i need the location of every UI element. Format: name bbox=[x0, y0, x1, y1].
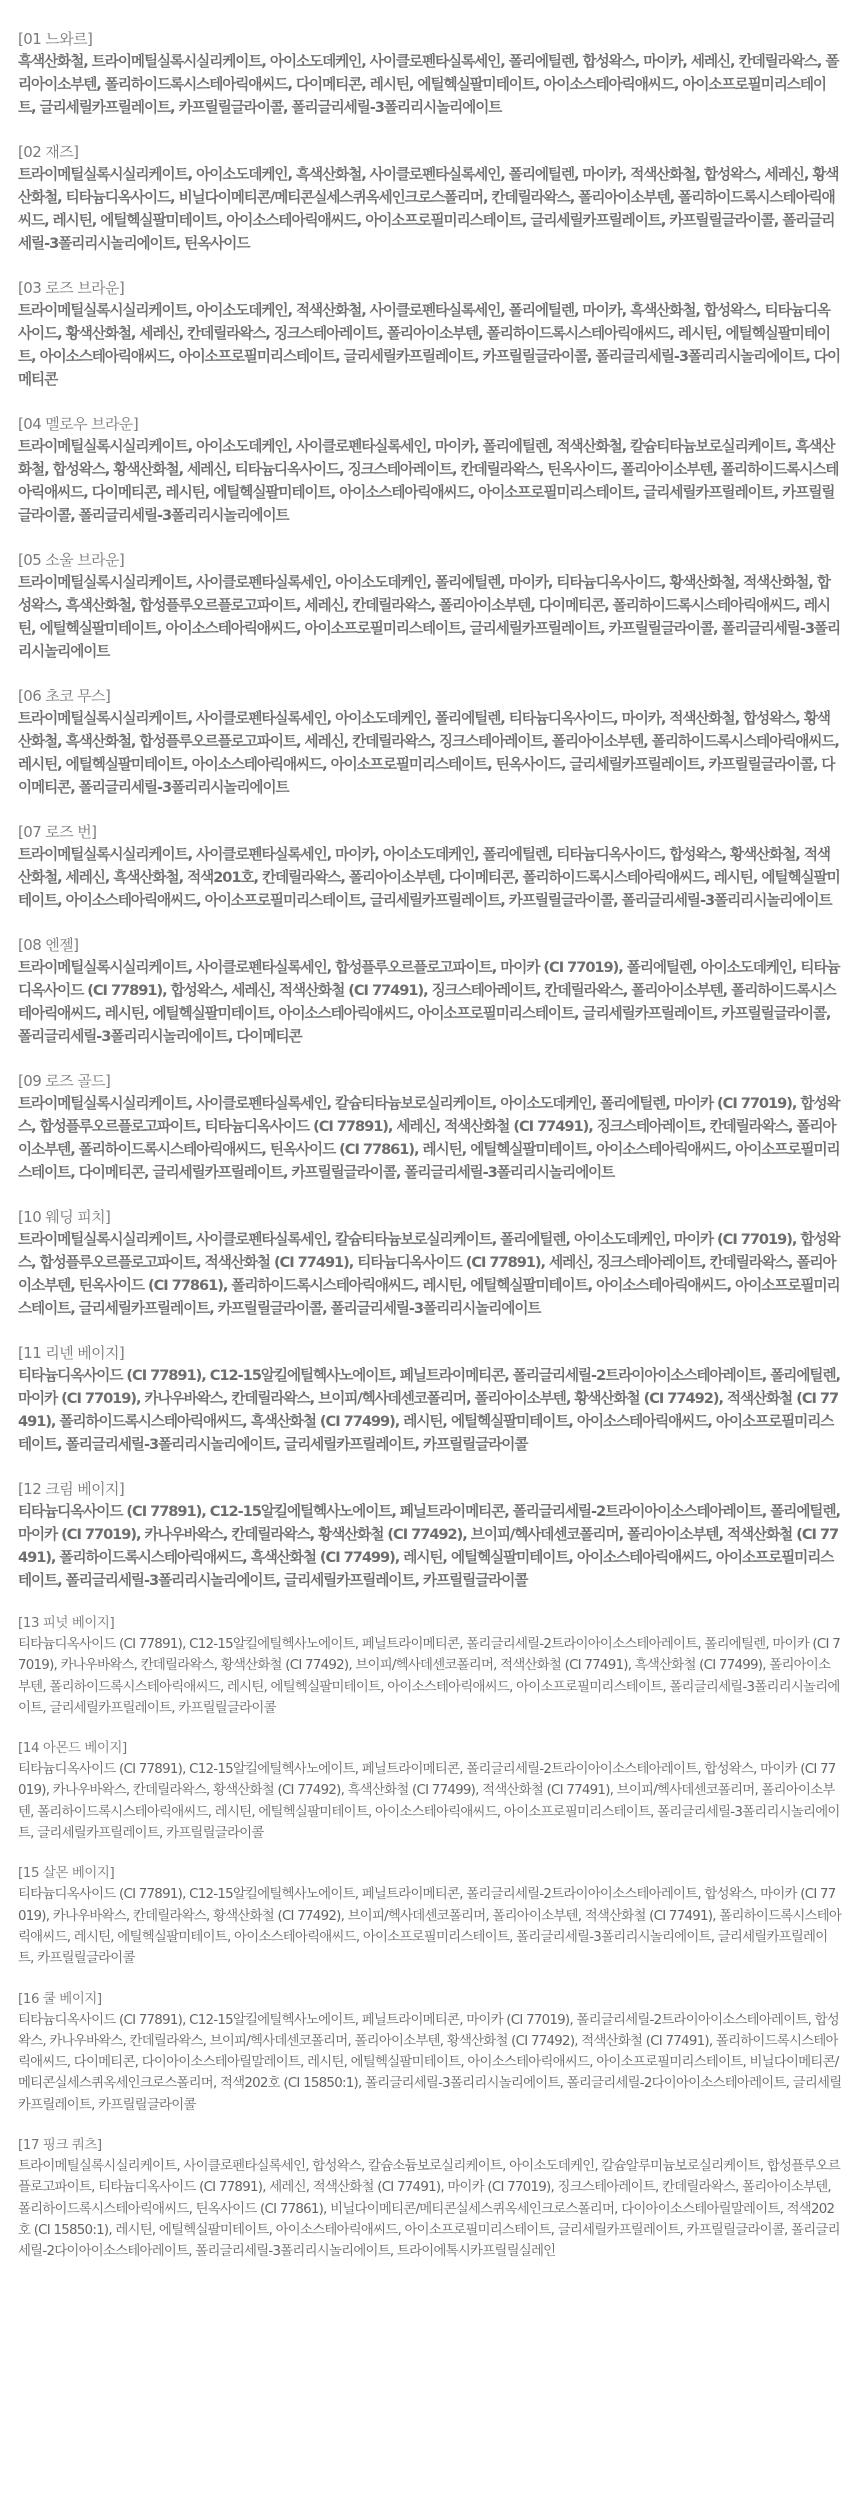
shade-title: [06 초코 무스] bbox=[18, 685, 842, 707]
ingredient-list: 티타늄디옥사이드 (CI 77891), C12-15알킬에틸헥사노에이트, 페… bbox=[18, 1884, 842, 1969]
shade-section-12: [12 크림 베이지] 티타늄디옥사이드 (CI 77891), C12-15알… bbox=[18, 1478, 842, 1592]
ingredient-list: 트라이메틸실록시실리케이트, 아이소도데케인, 적색산화철, 사이클로펜타실록세… bbox=[18, 299, 842, 391]
ingredient-list: 트라이메틸실록시실리케이트, 사이클로펜타실록세인, 합성왁스, 칼슘소듐보로실… bbox=[18, 2156, 842, 2262]
ingredient-list: 트라이메틸실록시실리케이트, 사이클로펜타실록세인, 칼슘티타늄보로실리케이트,… bbox=[18, 1092, 842, 1184]
ingredient-list: 티타늄디옥사이드 (CI 77891), C12-15알킬에틸헥사노에이트, 페… bbox=[18, 2010, 842, 2116]
shade-section-17: [17 핑크 쿼츠] 트라이메틸실록시실리케이트, 사이클로펜타실록세인, 합성… bbox=[18, 2136, 842, 2262]
ingredient-list: 트라이메틸실록시실리케이트, 아이소도데케인, 흑색산화철, 사이클로펜타실록세… bbox=[18, 163, 842, 255]
shade-title: [05 소울 브라운] bbox=[18, 549, 842, 571]
ingredient-list: 흑색산화철, 트라이메틸실록시실리케이트, 아이소도데케인, 사이클로펜타실록세… bbox=[18, 50, 842, 119]
shade-title: [08 엔젤] bbox=[18, 934, 842, 956]
shade-title: [04 멜로우 브라운] bbox=[18, 413, 842, 435]
shade-title: [07 로즈 번] bbox=[18, 821, 842, 843]
shade-title: [11 리넨 베이지] bbox=[18, 1342, 842, 1364]
shade-section-02: [02 재즈] 트라이메틸실록시실리케이트, 아이소도데케인, 흑색산화철, 사… bbox=[18, 141, 842, 255]
ingredient-list: 트라이메틸실록시실리케이트, 사이클로펜타실록세인, 합성플루오르플로고파이트,… bbox=[18, 956, 842, 1048]
ingredient-list: 트라이메틸실록시실리케이트, 사이클로펜타실록세인, 칼슘티타늄보로실리케이트,… bbox=[18, 1228, 842, 1320]
shade-section-08: [08 엔젤] 트라이메틸실록시실리케이트, 사이클로펜타실록세인, 합성플루오… bbox=[18, 934, 842, 1048]
ingredient-list: 티타늄디옥사이드 (CI 77891), C12-15알킬에틸헥사노에이트, 페… bbox=[18, 1500, 842, 1592]
shade-section-13: [13 피넛 베이지] 티타늄디옥사이드 (CI 77891), C12-15알… bbox=[18, 1614, 842, 1719]
shade-section-05: [05 소울 브라운] 트라이메틸실록시실리케이트, 사이클로펜타실록세인, 아… bbox=[18, 549, 842, 663]
shade-title: [09 로즈 골드] bbox=[18, 1070, 842, 1092]
ingredient-list: 트라이메틸실록시실리케이트, 사이클로펜타실록세인, 마이카, 아이소도데케인,… bbox=[18, 843, 842, 912]
shade-section-07: [07 로즈 번] 트라이메틸실록시실리케이트, 사이클로펜타실록세인, 마이카… bbox=[18, 821, 842, 912]
shade-title: [01 느와르] bbox=[18, 28, 842, 50]
shade-section-09: [09 로즈 골드] 트라이메틸실록시실리케이트, 사이클로펜타실록세인, 칼슘… bbox=[18, 1070, 842, 1184]
shade-title: [17 핑크 쿼츠] bbox=[18, 2136, 842, 2156]
shade-section-03: [03 로즈 브라운] 트라이메틸실록시실리케이트, 아이소도데케인, 적색산화… bbox=[18, 277, 842, 391]
shade-section-14: [14 아몬드 베이지] 티타늄디옥사이드 (CI 77891), C12-15… bbox=[18, 1739, 842, 1844]
shade-title: [13 피넛 베이지] bbox=[18, 1614, 842, 1634]
ingredient-list: 티타늄디옥사이드 (CI 77891), C12-15알킬에틸헥사노에이트, 페… bbox=[18, 1364, 842, 1456]
shade-section-06: [06 초코 무스] 트라이메틸실록시실리케이트, 사이클로펜타실록세인, 아이… bbox=[18, 685, 842, 799]
ingredient-list: 트라이메틸실록시실리케이트, 사이클로펜타실록세인, 아이소도데케인, 폴리에틸… bbox=[18, 571, 842, 663]
shade-section-10: [10 웨딩 피치] 트라이메틸실록시실리케이트, 사이클로펜타실록세인, 칼슘… bbox=[18, 1206, 842, 1320]
shade-title: [03 로즈 브라운] bbox=[18, 277, 842, 299]
shade-title: [02 재즈] bbox=[18, 141, 842, 163]
shade-title: [10 웨딩 피치] bbox=[18, 1206, 842, 1228]
ingredient-list: 트라이메틸실록시실리케이트, 아이소도데케인, 사이클로펜타실록세인, 마이카,… bbox=[18, 435, 842, 527]
shade-section-16: [16 쿨 베이지] 티타늄디옥사이드 (CI 77891), C12-15알킬… bbox=[18, 1990, 842, 2116]
ingredient-list: 트라이메틸실록시실리케이트, 사이클로펜타실록세인, 아이소도데케인, 폴리에틸… bbox=[18, 707, 842, 799]
shade-title: [15 살몬 베이지] bbox=[18, 1864, 842, 1884]
shade-section-11: [11 리넨 베이지] 티타늄디옥사이드 (CI 77891), C12-15알… bbox=[18, 1342, 842, 1456]
shade-title: [16 쿨 베이지] bbox=[18, 1990, 842, 2010]
ingredient-list: 티타늄디옥사이드 (CI 77891), C12-15알킬에틸헥사노에이트, 페… bbox=[18, 1759, 842, 1844]
shade-section-15: [15 살몬 베이지] 티타늄디옥사이드 (CI 77891), C12-15알… bbox=[18, 1864, 842, 1969]
ingredient-list: 티타늄디옥사이드 (CI 77891), C12-15알킬에틸헥사노에이트, 페… bbox=[18, 1634, 842, 1719]
shade-section-04: [04 멜로우 브라운] 트라이메틸실록시실리케이트, 아이소도데케인, 사이클… bbox=[18, 413, 842, 527]
shade-title: [14 아몬드 베이지] bbox=[18, 1739, 842, 1759]
shade-section-01: [01 느와르] 흑색산화철, 트라이메틸실록시실리케이트, 아이소도데케인, … bbox=[18, 28, 842, 119]
ingredients-document: [01 느와르] 흑색산화철, 트라이메틸실록시실리케이트, 아이소도데케인, … bbox=[0, 0, 860, 2263]
shade-title: [12 크림 베이지] bbox=[18, 1478, 842, 1500]
